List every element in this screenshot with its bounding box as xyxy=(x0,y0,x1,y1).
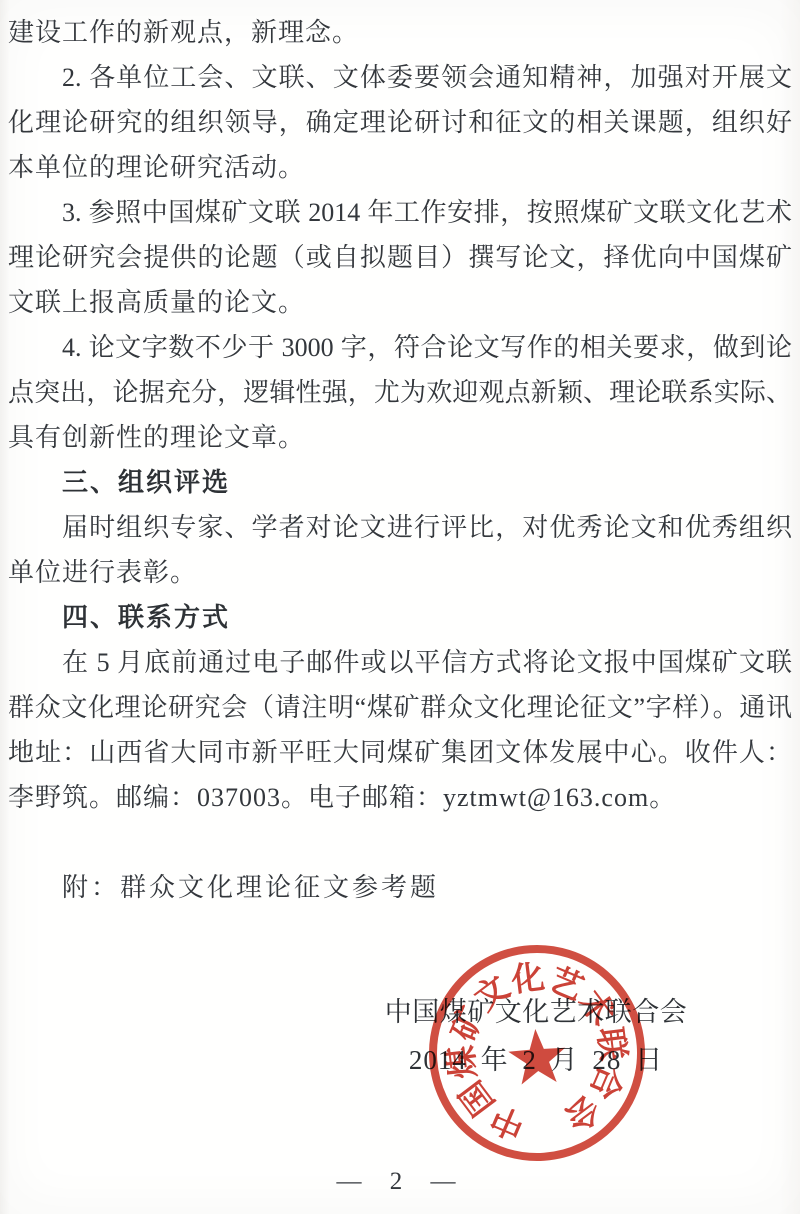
document-body: 建设工作的新观点，新理念。2. 各单位工会、文联、文体委要领会通知精神，加强对开… xyxy=(8,10,792,910)
body-line: 单位进行表彰。 xyxy=(8,550,792,595)
body-line: 3. 参照中国煤矿文联 2014 年工作安排，按照煤矿文联文化艺术 xyxy=(8,190,792,235)
body-line: 建设工作的新观点，新理念。 xyxy=(8,10,792,55)
body-line: 地址：山西省大同市新平旺大同煤矿集团文体发展中心。收件人： xyxy=(8,730,792,775)
body-line: 李野筑。邮编：037003。电子邮箱：yztmwt@163.com。 xyxy=(8,775,792,820)
official-seal: 中国煤矿文化艺术联合会 xyxy=(417,933,656,1172)
body-line: 4. 论文字数不少于 3000 字，符合论文写作的相关要求，做到论 xyxy=(8,325,792,370)
page-number: — 2 — xyxy=(0,1168,800,1196)
body-line: 在 5 月底前通过电子邮件或以平信方式将论文报中国煤矿文联 xyxy=(8,640,792,685)
body-line: 理论研究会提供的论题（或自拟题目）撰写论文，择优向中国煤矿 xyxy=(8,235,792,280)
body-line: 本单位的理论研究活动。 xyxy=(8,145,792,190)
body-line: 文联上报高质量的论文。 xyxy=(8,280,792,325)
section-heading: 三、组织评选 xyxy=(8,460,792,505)
scanned-notice-page: 建设工作的新观点，新理念。2. 各单位工会、文联、文体委要领会通知精神，加强对开… xyxy=(0,0,800,1214)
body-line xyxy=(8,820,792,865)
body-line: 点突出，论据充分，逻辑性强，尤为欢迎观点新颖、理论联系实际、 xyxy=(8,370,792,415)
body-line: 附：群众文化理论征文参考题 xyxy=(8,865,792,910)
body-line: 具有创新性的理论文章。 xyxy=(8,415,792,460)
body-line: 化理论研究的组织领导，确定理论研讨和征文的相关课题，组织好 xyxy=(8,100,792,145)
body-line: 2. 各单位工会、文联、文体委要领会通知精神，加强对开展文 xyxy=(8,55,792,100)
section-heading: 四、联系方式 xyxy=(8,595,792,640)
body-line: 群众文化理论研究会（请注明“煤矿群众文化理论征文”字样）。通讯 xyxy=(8,685,792,730)
body-line: 届时组织专家、学者对论文进行评比，对优秀论文和优秀组织 xyxy=(8,505,792,550)
seal-circular-text: 中国煤矿文化艺术联合会 xyxy=(412,928,662,1178)
